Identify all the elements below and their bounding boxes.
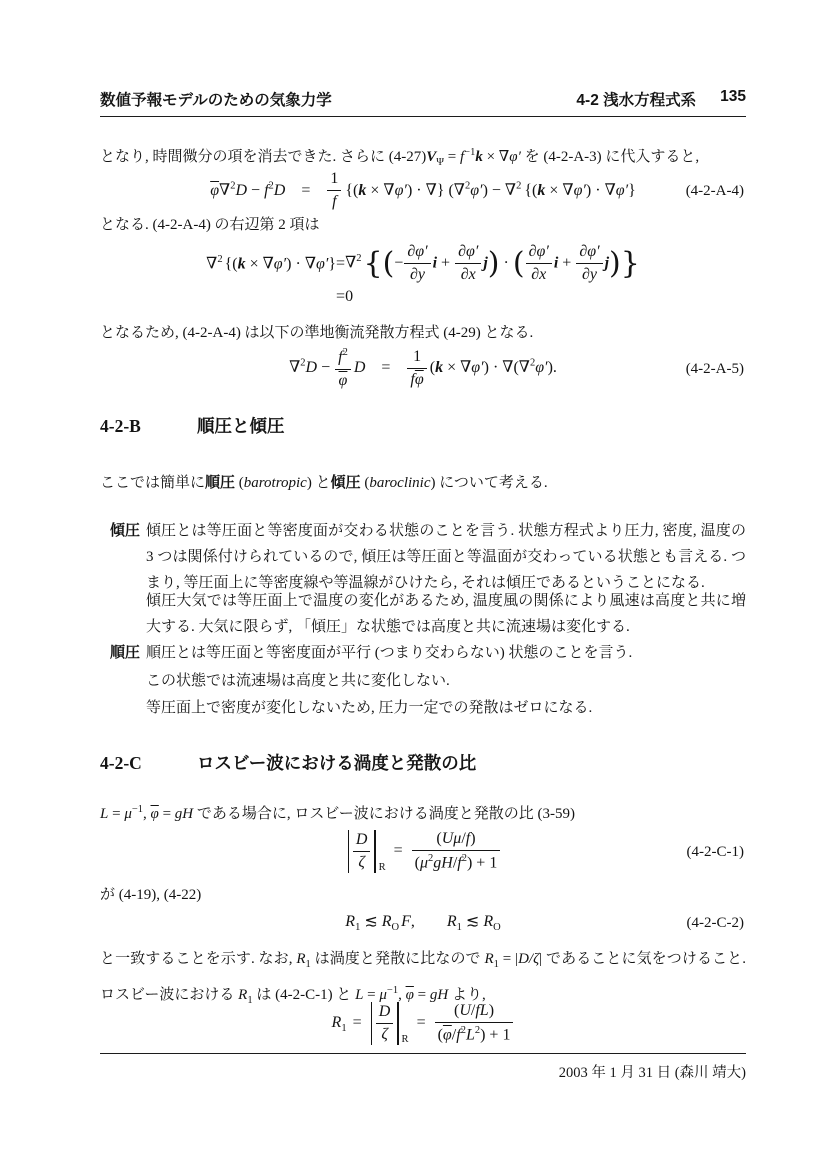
math-token: x	[469, 266, 476, 283]
math-token: ∂	[531, 266, 539, 283]
math-token: 傾圧	[331, 474, 361, 491]
math-token: μ	[420, 855, 428, 872]
equation-rhs: ∇2{(−∂φ′∂yi + ∂φ′∂xj) · (∂φ′∂xi + ∂φ′∂yj…	[345, 243, 640, 285]
fraction-numerator: ∂φ′	[455, 243, 481, 264]
math-token: −1	[132, 804, 143, 815]
fraction: ∂φ′∂x	[526, 243, 552, 285]
absolute-bar	[348, 830, 349, 873]
definition-text: 等圧面上で密度が変化しないため, 圧力一定での発散はゼロになる.	[146, 695, 746, 721]
math-token: Uμ	[442, 830, 462, 847]
math-token: ∇	[289, 359, 300, 376]
math-token: となる. (4-2-A-4) の右辺第 2 項は	[100, 217, 320, 233]
math-token: R	[483, 913, 493, 930]
equation-body: R1 ≲ ROF,R1 ≲ RO	[345, 913, 500, 930]
math-token: 2	[343, 347, 348, 358]
definition-keiatsu: 傾圧 傾圧とは等圧面と等密度面が交わる状態のことを言う. 状態方程式より圧力, …	[100, 518, 746, 596]
math-token: barotropic	[244, 475, 307, 491]
math-token: =	[444, 149, 460, 165]
math-token: 0	[345, 288, 353, 305]
math-token: = |	[499, 951, 518, 967]
definition-text: この状態では流速場は高度と共に変化しない.	[146, 668, 746, 694]
math-token: k	[475, 149, 483, 165]
fraction-denominator: ζ	[353, 852, 371, 872]
math-token: ).	[548, 359, 557, 376]
equals-sign: =	[336, 288, 345, 306]
math-token: が (4-19), (4-22)	[100, 887, 201, 903]
math-token: より,	[448, 987, 486, 1003]
math-token: =	[363, 987, 379, 1003]
big-delimiter: )	[609, 246, 621, 281]
paragraph-section-b-intro: ここでは簡単に順圧 (barotropic) と傾圧 (baroclinic) …	[100, 470, 746, 496]
math-token: )	[470, 830, 475, 847]
math-token: −1	[387, 985, 398, 996]
definition-text: 傾圧大気では等圧面上で温度の変化があるため, 温度風の関係により風速は高度と共に…	[146, 588, 746, 640]
definition-junatsu-line3: 等圧面上で密度が変化しないため, 圧力一定での発散はゼロになる.	[100, 695, 746, 721]
math-token: ) − ∇	[483, 182, 517, 199]
definition-term-keiatsu: 傾圧	[110, 518, 140, 544]
section-title: 順圧と傾圧	[197, 416, 285, 436]
absolute-bar	[397, 1002, 398, 1045]
definition-text: 順圧とは等圧面と等密度面が平行 (つまり交わらない) 状態のことを言う.	[146, 640, 746, 666]
paragraph-ga: が (4-19), (4-22)	[100, 882, 746, 908]
equation-body: R1=DζR=(U/fL)(φ/f2L2) + 1	[332, 1014, 515, 1031]
equation-body: ∇2D − f2φD=1fφ(k × ∇φ′) · ∇(∇2φ′).	[289, 359, 557, 376]
math-token: R	[332, 1014, 342, 1031]
math-token: )	[489, 1002, 494, 1019]
fraction: ∂φ′∂y	[404, 243, 430, 285]
fraction-denominator: fφ	[407, 369, 426, 389]
fraction-numerator: (U/fL)	[435, 1002, 514, 1023]
math-token: ∇	[345, 255, 356, 272]
fraction-numerator: f2	[335, 347, 351, 370]
math-token: この状態では流速場は高度と共に変化しない.	[146, 673, 450, 689]
math-token: =	[159, 806, 175, 822]
definition-text: 傾圧とは等圧面と等密度面が交わる状態のことを言う. 状態方程式より圧力, 密度,…	[146, 518, 746, 596]
big-delimiter: (	[383, 246, 395, 281]
paragraph-tonarutame: となるため, (4-2-A-4) は以下の準地衡流発散方程式 (4-29) とな…	[100, 320, 746, 346]
math-token: R	[345, 913, 355, 930]
math-token: μ	[379, 987, 387, 1003]
math-token: y	[418, 266, 425, 283]
paragraph-section-c-intro: L = μ−1, φ = gH である場合に, ロスビー波における渦度と発散の比…	[100, 797, 746, 827]
fraction-numerator: ∂φ′	[576, 243, 602, 264]
math-token: D	[306, 359, 318, 376]
math-token: を (4-2-A-3) に代入すると,	[521, 149, 699, 165]
big-delimiter: }	[621, 246, 640, 281]
math-token: D	[379, 1003, 391, 1020]
math-token: D/ζ	[518, 951, 539, 967]
math-token: =	[381, 359, 390, 376]
math-token: ,	[398, 987, 406, 1003]
fraction: Dζ	[376, 1003, 394, 1045]
math-token: f	[332, 193, 336, 210]
fraction-denominator: ∂y	[576, 264, 602, 284]
math-token: (	[235, 475, 244, 491]
aligned-row: ∇2{(k × ∇φ′) · ∇φ′} = ∇2{(−∂φ′∂yi + ∂φ′∂…	[206, 243, 640, 285]
math-token: φ	[406, 987, 414, 1003]
definition-junatsu-line2: この状態では流速場は高度と共に変化しない.	[100, 668, 746, 694]
equation-r1-final: R1=DζR=(U/fL)(φ/f2L2) + 1	[100, 1002, 746, 1046]
math-token: =	[394, 842, 403, 859]
fraction-numerator: 1	[327, 170, 341, 191]
math-token: φ′	[471, 359, 483, 376]
math-token: }	[628, 182, 636, 199]
math-token: φ′	[616, 182, 628, 199]
absolute-bar	[371, 1002, 372, 1045]
math-token: Ψ	[436, 157, 444, 168]
fraction-numerator: (Uμ/f)	[412, 830, 501, 851]
fraction: ∂φ′∂x	[455, 243, 481, 285]
math-token: ) · ∇(∇	[484, 359, 530, 376]
math-token: )	[307, 475, 316, 491]
equals-sign: =	[336, 243, 345, 285]
math-token: ,	[143, 806, 151, 822]
fraction-denominator: φ	[335, 370, 351, 390]
fraction: (U/fL)(φ/f2L2) + 1	[435, 1002, 514, 1045]
math-token: −	[317, 359, 334, 376]
math-token: 順圧	[205, 474, 235, 491]
equation-lhs-empty	[206, 288, 336, 306]
math-token: ∂	[410, 266, 418, 283]
equation-tag: (4-2-A-4)	[686, 183, 744, 200]
fraction-numerator: D	[376, 1003, 394, 1024]
equation-4-2-A-5: ∇2D − f2φD=1fφ(k × ∇φ′) · ∇(∇2φ′). (4-2-…	[100, 347, 746, 390]
math-token: =	[301, 182, 310, 199]
document-page: { "header": { "left": "数値予報モデルのための気象力学",…	[0, 0, 826, 1169]
section-number: 4-2-B	[100, 416, 197, 437]
big-delimiter: {	[363, 246, 382, 281]
fraction-denominator: f	[327, 191, 341, 211]
math-token: 傾圧とは等圧面と等密度面が交わる状態のことを言う. 状態方程式より圧力, 密度,…	[146, 523, 746, 591]
math-token: }	[328, 256, 336, 273]
math-token: −	[394, 255, 403, 272]
math-token: −1	[464, 147, 475, 158]
math-token: 1	[413, 348, 421, 365]
math-token: 順圧とは等圧面と等密度面が平行 (つまり交わらない) 状態のことを言う.	[146, 645, 632, 661]
math-token: φ	[443, 1027, 452, 1044]
fraction-denominator: ∂y	[404, 264, 430, 284]
fraction-denominator: ∂x	[526, 264, 552, 284]
math-token: φ′	[470, 182, 482, 199]
math-token: ここでは簡単に	[100, 475, 205, 491]
fraction: Dζ	[353, 831, 371, 873]
math-token: V	[426, 149, 436, 165]
math-token: ∇	[219, 182, 230, 199]
math-token: μ	[124, 806, 132, 822]
header-book-title: 数値予報モデルのための気象力学	[100, 88, 332, 110]
header-section-title: 4-2 浅水方程式系	[576, 88, 696, 110]
math-token: R	[379, 862, 386, 873]
math-token: R	[484, 951, 493, 967]
footer-date: 2003 年 1 月 31 日 (森川 靖大)	[559, 1065, 746, 1081]
section-heading-4-2-B: 4-2-B順圧と傾圧	[100, 413, 746, 438]
equation-lhs: ∇2{(k × ∇φ′) · ∇φ′}	[206, 243, 336, 285]
math-token: × ∇	[366, 182, 394, 199]
math-token: O	[493, 922, 501, 933]
math-token: である場合に, ロスビー波における渦度と発散の比 (3-59)	[193, 806, 575, 822]
math-token: =	[353, 1014, 362, 1031]
big-delimiter: )	[488, 246, 500, 281]
math-token: 2	[217, 254, 222, 265]
math-token: φ	[415, 371, 424, 388]
math-token: φ′	[535, 359, 547, 376]
math-token: O	[392, 922, 400, 933]
math-token: |	[539, 951, 546, 967]
math-token: gH	[430, 987, 448, 1003]
math-token: ) · ∇	[286, 256, 316, 273]
equation-tag: (4-2-C-1)	[687, 844, 744, 861]
math-token: × ∇	[246, 256, 274, 273]
page-header: 数値予報モデルのための気象力学 4-2 浅水方程式系 135	[100, 88, 746, 117]
definition-junatsu: 順圧 順圧とは等圧面と等密度面が平行 (つまり交わらない) 状態のことを言う.	[100, 640, 746, 666]
math-token: φ′	[587, 243, 599, 260]
math-token: R	[382, 913, 392, 930]
math-token: は渦度と発散に比なので	[311, 951, 485, 967]
section-number: 4-2-C	[100, 753, 197, 774]
math-token: fL	[475, 1002, 488, 1019]
math-token: ) · ∇	[586, 182, 616, 199]
math-token: となり, 時間微分の項を消去できた. さらに (4-27)	[100, 149, 426, 165]
math-token: R	[402, 1034, 409, 1045]
math-token: k	[435, 359, 443, 376]
math-token: 1	[341, 1023, 346, 1034]
math-token: φ	[210, 182, 219, 199]
math-token: baroclinic	[369, 475, 430, 491]
math-token: {(	[345, 182, 358, 199]
math-token: D	[235, 182, 247, 199]
math-token: φ′	[274, 256, 286, 273]
header-right-group: 4-2 浅水方程式系 135	[576, 88, 746, 110]
math-token: L	[466, 1027, 475, 1044]
math-token: ∂	[458, 243, 466, 260]
math-token: 2	[516, 180, 521, 191]
math-token: φ′	[574, 182, 586, 199]
equation-body: DζR=(Uμ/f)(μ2gH/f2) + 1	[345, 842, 502, 859]
equation-4-2-A-4: φ∇2D − f2D=1f{(k × ∇φ′) · ∇} (∇2φ′) − ∇2…	[100, 170, 746, 212]
math-token: D	[274, 182, 286, 199]
section-title: ロスビー波における渦度と発散の比	[197, 753, 476, 773]
fraction-numerator: ∂φ′	[526, 243, 552, 264]
section-heading-4-2-C: 4-2-Cロスビー波における渦度と発散の比	[100, 750, 746, 775]
equation-4-2-C-1: DζR=(Uμ/f)(μ2gH/f2) + 1 (4-2-C-1)	[100, 830, 746, 874]
math-token: k	[238, 256, 246, 273]
absolute-bar	[374, 830, 375, 873]
fraction-numerator: D	[353, 831, 371, 852]
math-token: )	[430, 475, 439, 491]
math-token: −	[247, 182, 264, 199]
math-token: φ′	[316, 256, 328, 273]
equation-expansion: ∇2{(k × ∇φ′) · ∇φ′} = ∇2{(−∂φ′∂yi + ∂φ′∂…	[100, 240, 746, 308]
math-token: R	[238, 987, 247, 1003]
math-token: =	[108, 806, 124, 822]
equation-tag: (4-2-A-5)	[686, 360, 744, 377]
math-token: D	[356, 831, 368, 848]
math-token: =	[417, 1014, 426, 1031]
fraction-numerator: 1	[407, 348, 426, 369]
math-token: φ′	[466, 243, 478, 260]
page-footer: 2003 年 1 月 31 日 (森川 靖大)	[100, 1053, 746, 1082]
math-token: x	[539, 266, 546, 283]
math-token: D	[354, 359, 366, 376]
big-delimiter: (	[513, 246, 525, 281]
math-token: ∂	[461, 266, 469, 283]
math-token: × ∇	[443, 359, 471, 376]
math-token: ∇	[206, 256, 217, 273]
fraction: ∂φ′∂y	[576, 243, 602, 285]
math-token: {(	[225, 256, 238, 273]
math-token: U	[459, 1002, 471, 1019]
math-token: φ	[151, 806, 159, 822]
math-token: ≲	[360, 913, 381, 930]
definition-keiatsu-continued: 傾圧大気では等圧面上で温度の変化があるため, 温度風の関係により風速は高度と共に…	[100, 588, 746, 640]
math-token: =	[414, 987, 430, 1003]
math-token: gH	[175, 806, 193, 822]
equation-body: φ∇2D − f2D=1f{(k × ∇φ′) · ∇} (∇2φ′) − ∇2…	[210, 182, 636, 199]
fraction: 1fφ	[407, 348, 426, 390]
math-token: R	[447, 913, 457, 930]
math-token: × ∇	[545, 182, 573, 199]
math-token: × ∇	[483, 149, 509, 165]
math-token: gH	[433, 855, 453, 872]
equation-rhs: 0	[345, 288, 640, 306]
fraction: 1f	[327, 170, 341, 212]
math-token: φ′	[415, 243, 427, 260]
math-token: ζ	[358, 854, 364, 871]
equation-4-2-C-2: R1 ≲ ROF,R1 ≲ RO (4-2-C-2)	[100, 913, 746, 934]
fraction-numerator: ∂φ′	[404, 243, 430, 264]
math-token: φ′	[536, 243, 548, 260]
math-token: ) · ∇} (∇	[407, 182, 465, 199]
fraction-denominator: ∂x	[455, 264, 481, 284]
math-token: +	[558, 255, 575, 272]
fraction: f2φ	[335, 347, 351, 390]
math-token: 1	[330, 170, 338, 187]
math-token: は (4-2-C-1) と	[253, 987, 355, 1003]
aligned-equation: ∇2{(k × ∇φ′) · ∇φ′} = ∇2{(−∂φ′∂yi + ∂φ′∂…	[206, 240, 640, 308]
math-token: ∂	[582, 266, 590, 283]
math-token: となるため, (4-2-A-4) は以下の準地衡流発散方程式 (4-29) とな…	[100, 325, 533, 341]
math-token: について考える.	[439, 475, 547, 491]
math-token: ,	[411, 913, 415, 930]
fraction-denominator: (μ2gH/f2) + 1	[412, 851, 501, 873]
math-token: F	[401, 913, 411, 930]
math-token: +	[437, 255, 454, 272]
math-token: φ′	[509, 149, 521, 165]
math-token: φ	[339, 372, 348, 389]
aligned-row: = 0	[206, 288, 640, 306]
definition-term-junatsu: 順圧	[110, 640, 140, 666]
math-token: R	[296, 951, 305, 967]
fraction: (Uμ/f)(μ2gH/f2) + 1	[412, 830, 501, 873]
math-token: ζ	[381, 1026, 387, 1043]
math-token: ) + 1	[480, 1027, 510, 1044]
math-token: 傾圧大気では等圧面上で温度の変化があるため, 温度風の関係により風速は高度と共に…	[146, 593, 746, 635]
header-page-number: 135	[720, 88, 746, 110]
math-token: φ′	[395, 182, 407, 199]
math-token: と一致することを示す. なお,	[100, 951, 296, 967]
math-token: 2	[356, 253, 361, 264]
math-token: ≲	[462, 913, 483, 930]
fraction-denominator: ζ	[376, 1024, 394, 1044]
equation-tag: (4-2-C-2)	[687, 915, 744, 932]
math-token: ·	[500, 255, 513, 272]
math-token: と	[316, 475, 331, 491]
paragraph-tonaru: となる. (4-2-A-4) の右辺第 2 項は	[100, 212, 746, 238]
math-token: 等圧面上で密度が変化しないため, 圧力一定での発散はゼロになる.	[146, 700, 592, 716]
math-token: {(	[524, 182, 537, 199]
fraction-denominator: (φ/f2L2) + 1	[435, 1023, 514, 1045]
math-token: ) + 1	[467, 855, 497, 872]
math-token: y	[590, 266, 597, 283]
